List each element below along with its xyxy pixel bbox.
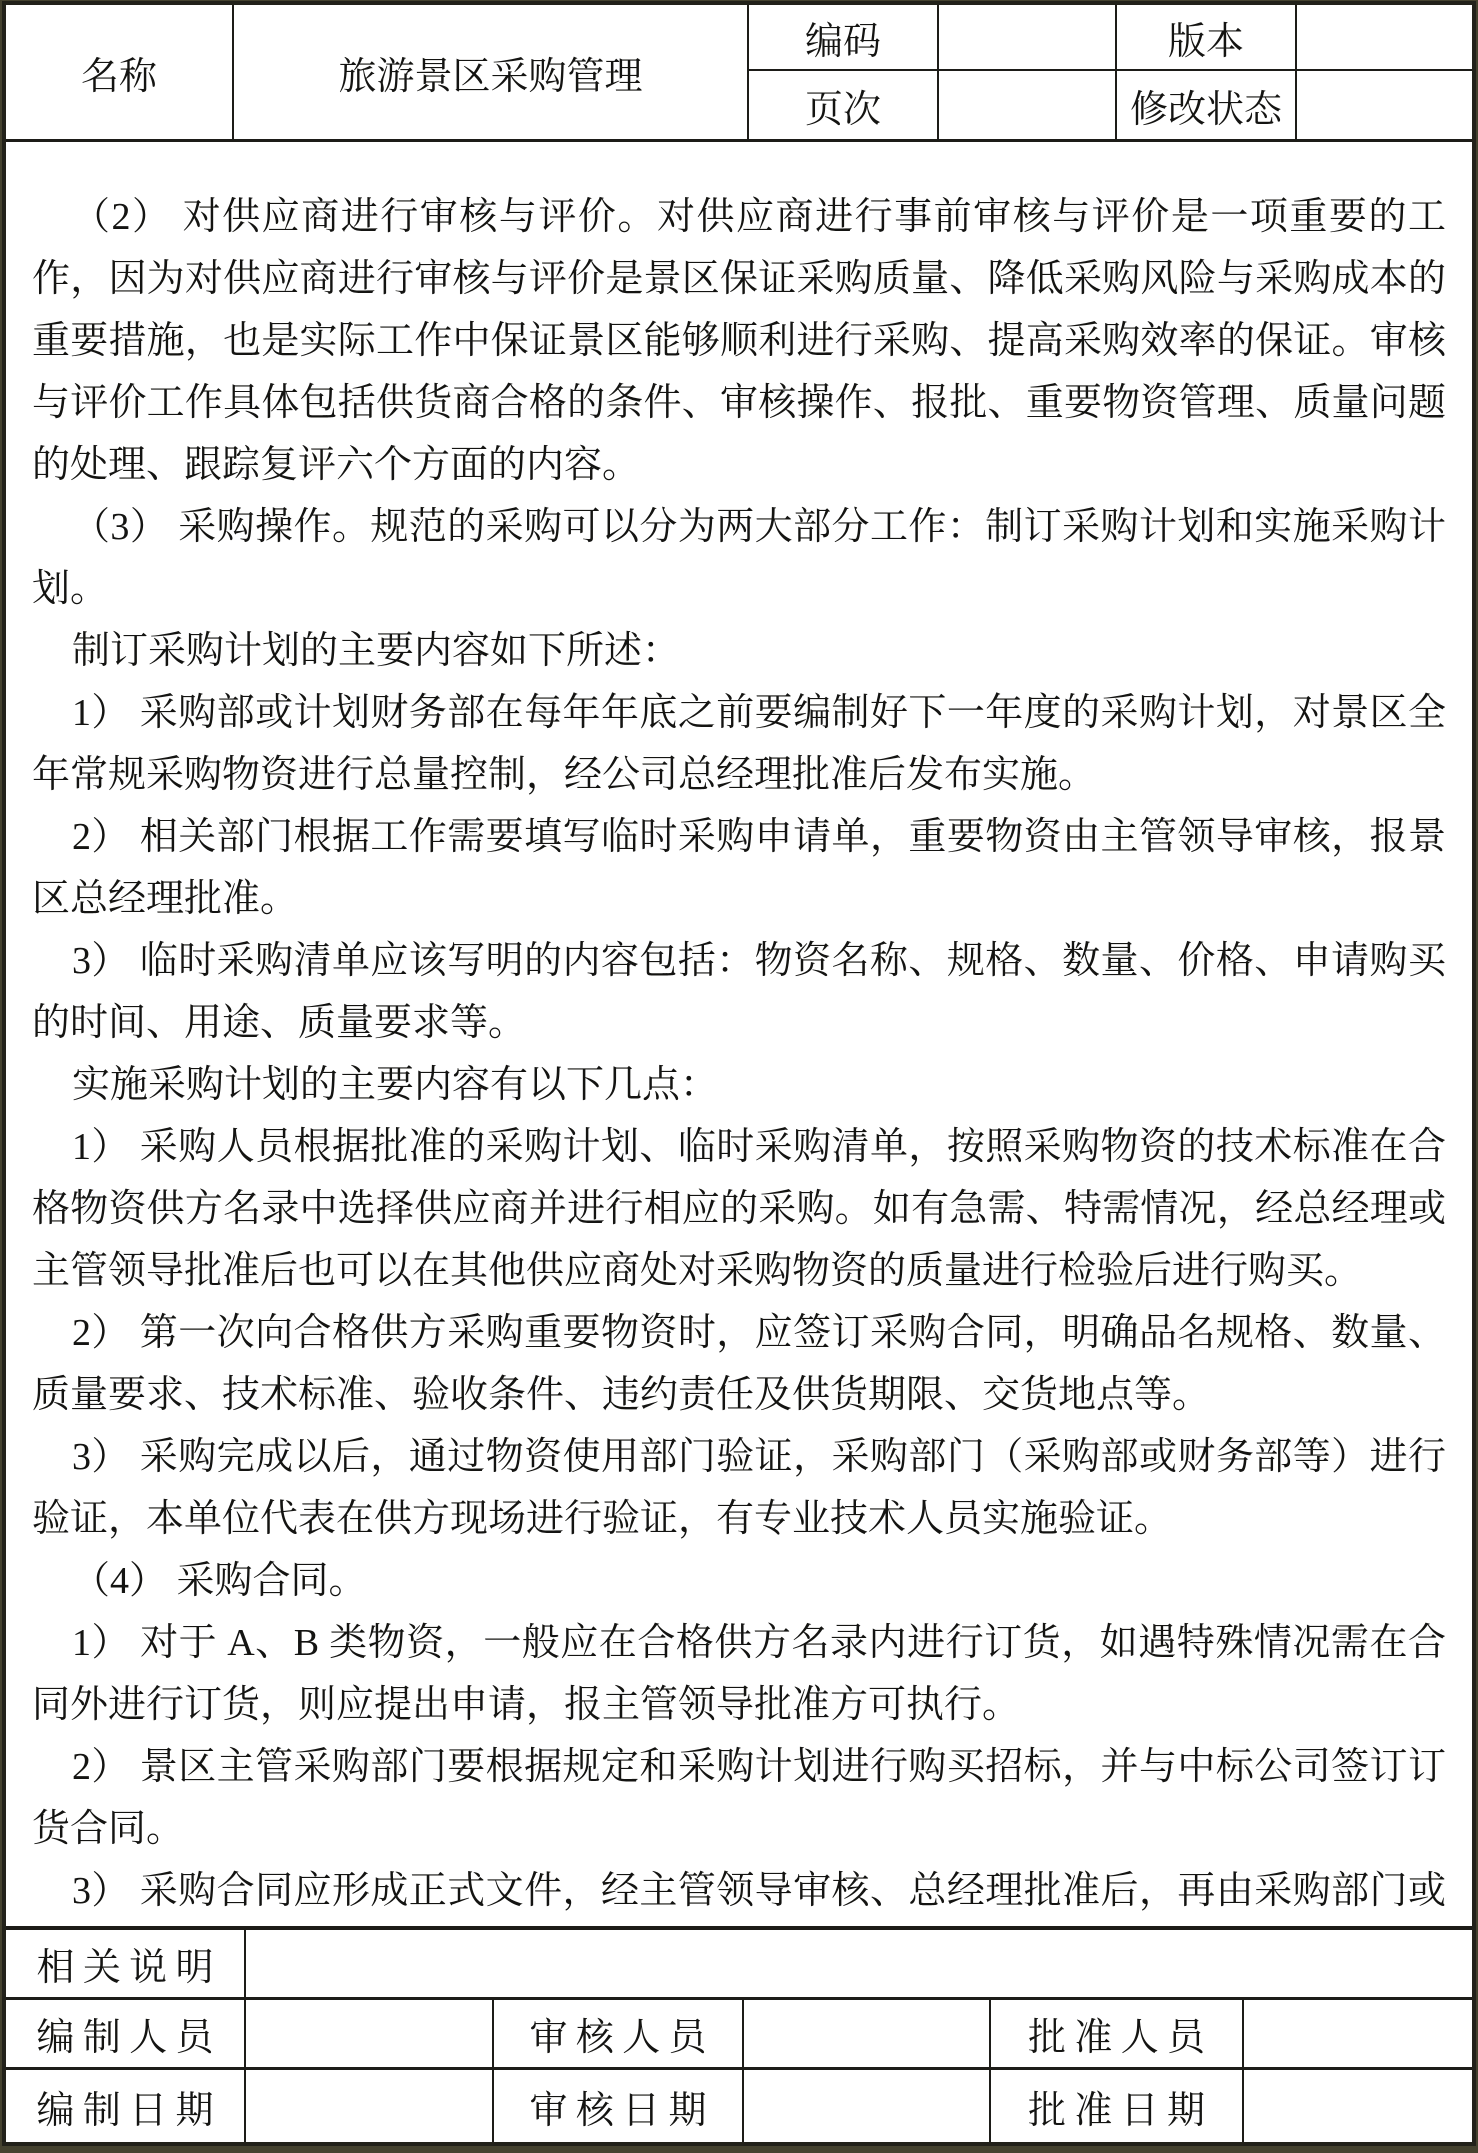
body-paragraph: 制订采购计划的主要内容如下所述： xyxy=(32,620,1446,682)
scan-edge: 名称 旅游景区采购管理 编码 版本 页次 修改状态 （2） 对供应商进行审核与评… xyxy=(0,0,1478,2153)
body-paragraph: （2） 对供应商进行审核与评价。对供应商进行事前审核与评价是一项重要的工作，因为… xyxy=(32,186,1446,496)
body-paragraph: 1） 采购人员根据批准的采购计划、临时采购清单，按照采购物资的技术标准在合格物资… xyxy=(32,1116,1446,1302)
approved-by-value-cell xyxy=(1244,2000,1472,2070)
code-label: 编码 xyxy=(749,5,939,71)
document-page: 名称 旅游景区采购管理 编码 版本 页次 修改状态 （2） 对供应商进行审核与评… xyxy=(2,1,1476,2146)
approval-date-label: 批准日期 xyxy=(991,2070,1244,2142)
prepared-date-value-cell xyxy=(246,2070,494,2142)
document-body: （2） 对供应商进行审核与评价。对供应商进行事前审核与评价是一项重要的工作，因为… xyxy=(6,142,1472,1926)
review-date-label: 审核日期 xyxy=(494,2070,744,2142)
page-number-value-cell xyxy=(939,71,1117,139)
reviewed-by-value-cell xyxy=(744,2000,991,2070)
body-paragraph: 1） 采购部或计划财务部在每年年底之前要编制好下一年度的采购计划，对景区全年常规… xyxy=(32,682,1446,806)
related-notes-label: 相关说明 xyxy=(6,1930,246,2000)
approval-date-value-cell xyxy=(1244,2070,1472,2142)
revision-status-value-cell xyxy=(1297,71,1472,139)
body-paragraph: 2） 景区主管采购部门要根据规定和采购计划进行购买招标，并与中标公司签订订货合同… xyxy=(32,1736,1446,1860)
doc-title: 旅游景区采购管理 xyxy=(234,5,749,139)
version-label: 版本 xyxy=(1117,5,1297,71)
revision-status-label: 修改状态 xyxy=(1117,71,1297,139)
code-value-cell xyxy=(939,5,1117,71)
page-number-label: 页次 xyxy=(749,71,939,139)
reviewed-by-label: 审核人员 xyxy=(494,2000,744,2070)
body-paragraph: 3） 采购合同应形成正式文件，经主管领导审核、总经理批准后，再由采购部门或计划财… xyxy=(32,1860,1446,1926)
body-paragraph: 2） 相关部门根据工作需要填写临时采购申请单，重要物资由主管领导审核，报景区总经… xyxy=(32,806,1446,930)
header-table: 名称 旅游景区采购管理 编码 版本 页次 修改状态 xyxy=(6,5,1472,142)
body-paragraph: 3） 临时采购清单应该写明的内容包括：物资名称、规格、数量、价格、申请购买的时间… xyxy=(32,930,1446,1054)
body-paragraph: 实施采购计划的主要内容有以下几点： xyxy=(32,1054,1446,1116)
version-value-cell xyxy=(1297,5,1472,71)
body-paragraph: 1） 对于 A、B 类物资，一般应在合格供方名录内进行订货，如遇特殊情况需在合同… xyxy=(32,1612,1446,1736)
body-paragraph: 3） 采购完成以后，通过物资使用部门验证，采购部门（采购部或财务部等）进行验证，… xyxy=(32,1426,1446,1550)
review-date-value-cell xyxy=(744,2070,991,2142)
related-notes-value-cell xyxy=(246,1930,1472,2000)
prepared-by-value-cell xyxy=(246,2000,494,2070)
prepared-date-label: 编制日期 xyxy=(6,2070,246,2142)
doc-name-label: 名称 xyxy=(6,5,234,139)
footer-table: 相关说明 编制人员 审核人员 批准人员 编制日期 审核日期 批准日期 xyxy=(6,1926,1472,2142)
approved-by-label: 批准人员 xyxy=(991,2000,1244,2070)
body-paragraph: 2） 第一次向合格供方采购重要物资时，应签订采购合同，明确品名规格、数量、质量要… xyxy=(32,1302,1446,1426)
body-paragraph: （3） 采购操作。规范的采购可以分为两大部分工作：制订采购计划和实施采购计划。 xyxy=(32,496,1446,620)
prepared-by-label: 编制人员 xyxy=(6,2000,246,2070)
body-paragraph: （4） 采购合同。 xyxy=(32,1550,1446,1612)
